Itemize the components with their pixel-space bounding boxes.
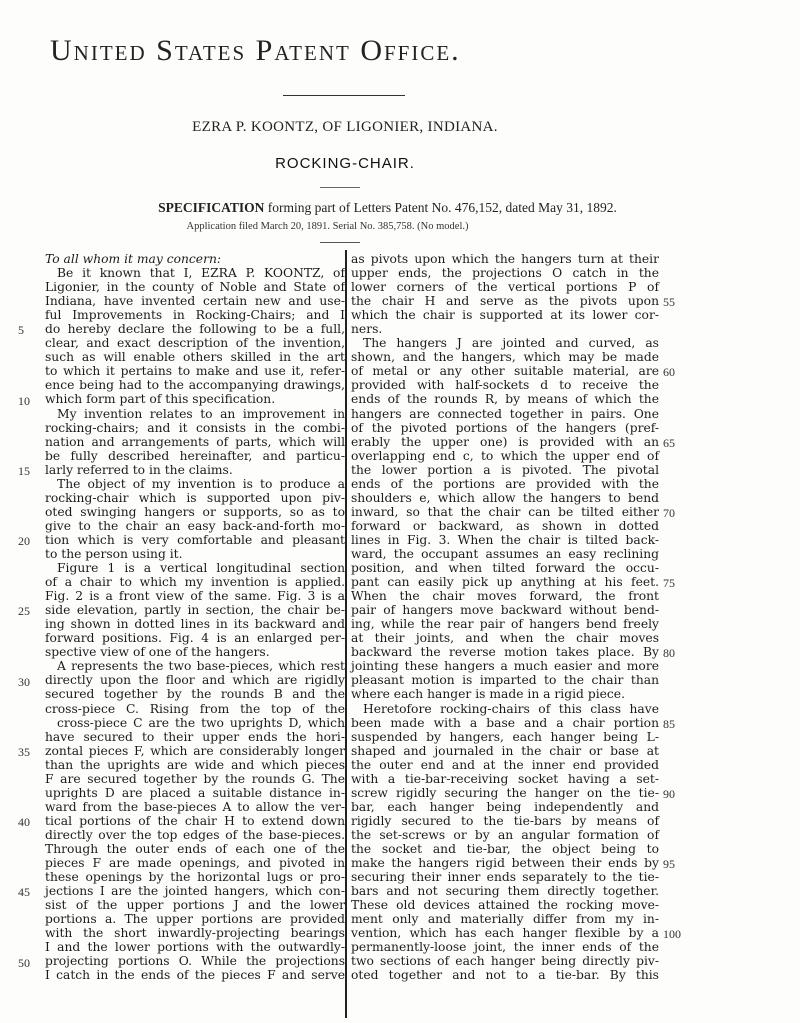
text-line: F are secured together by the rounds G. … [45,772,345,786]
line-number: 70 [663,506,675,521]
line-number: 50 [18,956,30,971]
text-line: These old devices attained the rocking m… [351,898,659,912]
text-line: directly over the top edges of the base-… [45,828,345,842]
text-line: bar, each hanger being independently and [351,800,659,814]
text-line: When the chair moves forward, the front [351,589,659,603]
text-line: do hereby declare the following to be a … [45,322,345,336]
text-line: make the hangers rigid between their end… [351,856,659,870]
text-line: oted swinging hangers or supports, so as… [45,505,345,519]
line-number: 55 [663,295,675,310]
text-line: directly upon the floor and which are ri… [45,673,345,687]
text-line: rocking-chairs; and it consists in the c… [45,421,345,435]
text-line: uprights D are placed a suitable distanc… [45,786,345,800]
text-line: with a tie-bar-receiving socket having a… [351,772,659,786]
text-line: shoulders e, which allow the hangers to … [351,491,659,505]
line-number: 80 [663,646,675,661]
text-line: larly referred to in the claims. [45,463,345,477]
line-number: 5 [18,323,24,338]
text-line: pleasant motion is imparted to the chair… [351,673,659,687]
right-column: as pivots upon which the hangers turn at… [351,252,659,982]
text-line: Indiana, have invented certain new and u… [45,294,345,308]
text-line: lines in Fig. 3. When the chair is tilte… [351,533,659,547]
text-line: I catch in the ends of the pieces F and … [45,968,345,982]
text-line: the socket and tie-bar, the object being… [351,842,659,856]
line-number: 25 [18,604,30,619]
line-number: 95 [663,857,675,872]
text-line: Fig. 2 is a front view of the same. Fig.… [45,589,345,603]
text-line: been made with a base and a chair portio… [351,716,659,730]
line-number: 35 [18,745,30,760]
text-line: the outer end and at the inner end provi… [351,758,659,772]
text-line: The object of my invention is to produce… [45,477,345,491]
text-line: A represents the two base-pieces, which … [45,659,345,673]
text-line: ment only and materially differ from my … [351,912,659,926]
text-line: ward, the occupant assumes an easy recli… [351,547,659,561]
text-line: Through the outer ends of each one of th… [45,842,345,856]
text-line: forward positions. Fig. 4 is an enlarged… [45,631,345,645]
text-line: zontal pieces F, which are considerably … [45,744,345,758]
text-line: permanently-loose joint, the inner ends … [351,940,659,954]
text-line: with the short inwardly-projecting beari… [45,926,345,940]
text-line: of metal or any other suitable material,… [351,364,659,378]
line-number: 15 [18,464,30,479]
text-line: shaped and journaled in the chair or bas… [351,744,659,758]
line-number: 60 [663,365,675,380]
text-line: ence being had to the accompanying drawi… [45,378,345,392]
text-line: erably the upper one) is provided with a… [351,435,659,449]
text-line: hangers are connected together in pairs.… [351,407,659,421]
text-line: upper ends, the projections O catch in t… [351,266,659,280]
text-line: rigidly secured to the tie-bars by means… [351,814,659,828]
specification-details: forming part of Letters Patent No. 476,1… [264,200,616,215]
line-number: 90 [663,787,675,802]
text-line: of the pivoted portions of the hangers (… [351,421,659,435]
invention-rule [320,187,360,188]
line-number: 100 [663,927,681,942]
line-number: 45 [18,885,30,900]
salutation: To all whom it may concern: [45,252,345,266]
text-line: cross-piece C are the two uprights D, wh… [45,716,345,730]
text-line: My invention relates to an improvement i… [45,407,345,421]
text-line: such as will enable others skilled in th… [45,350,345,364]
text-line: overlapping end c, to which the upper en… [351,449,659,463]
text-line: projecting portions O. While the project… [45,954,345,968]
text-line: as pivots upon which the hangers turn at… [351,252,659,266]
text-line: cross-piece C. Rising from the top of th… [45,702,345,716]
text-line: be fully described hereinafter, and part… [45,449,345,463]
line-number: 30 [18,675,30,690]
text-line: side elevation, partly in section, the c… [45,603,345,617]
text-line: clear, and exact description of the inve… [45,336,345,350]
text-line: of a chair to which my invention is appl… [45,575,345,589]
text-line: bars and not securing them directly toge… [351,884,659,898]
text-line: lower corners of the vertical portions P… [351,280,659,294]
text-line: securing their inner ends separately to … [351,870,659,884]
text-line: where each hanger is made in a rigid pie… [351,687,659,701]
text-line: ners. [351,322,659,336]
text-line: pieces F are made openings, and pivoted … [45,856,345,870]
line-number: 75 [663,576,675,591]
application-line: Application filed March 20, 1891. Serial… [0,221,655,232]
office-title: United States Patent Office. [50,34,610,68]
text-line: the chair H and serve as the pivots upon [351,294,659,308]
application-rule [320,242,360,243]
column-divider [345,250,347,1018]
text-line: at their joints, and when the chair move… [351,631,659,645]
text-line: screw rigidly securing the hanger on the… [351,786,659,800]
line-number: 65 [663,436,675,451]
office-title-text: United States Patent Office. [50,34,461,67]
text-line: nation and arrangements of parts, which … [45,435,345,449]
text-line: rocking-chair which is supported upon pi… [45,491,345,505]
text-line: provided with half-sockets d to receive … [351,378,659,392]
text-line: jections I are the jointed hangers, whic… [45,884,345,898]
text-line: the set-screws or by an angular formatio… [351,828,659,842]
text-line: these openings by the horizontal lugs or… [45,870,345,884]
text-line: sist of the upper portions J and the low… [45,898,345,912]
text-line: Ligonier, in the county of Noble and Sta… [45,280,345,294]
text-line: secured together by the rounds B and the [45,687,345,701]
text-line: inward, so that the chair can be tilted … [351,505,659,519]
text-line: pair of hangers move backward without be… [351,603,659,617]
line-number: 10 [18,394,30,409]
text-line: give to the chair an easy back-and-forth… [45,519,345,533]
text-line: two sections of each hanger being direct… [351,954,659,968]
invention-title: ROCKING-CHAIR. [0,155,690,172]
text-line: have secured to their upper ends the hor… [45,730,345,744]
specification-label: SPECIFICATION [158,200,264,215]
inventor-line: EZRA P. KOONTZ, OF LIGONIER, INDIANA. [0,119,690,136]
text-line: than the uprights are wide and which pie… [45,758,345,772]
text-line: vention, which has each hanger flexible … [351,926,659,940]
text-line: pant can easily pick up anything at his … [351,575,659,589]
specification-line: SPECIFICATION forming part of Letters Pa… [0,200,775,216]
text-line: forward or backward, as shown in dotted [351,519,659,533]
text-line: jointing these hangers a much easier and… [351,659,659,673]
text-line: I and the lower portions with the outwar… [45,940,345,954]
text-line: ing, while the rear pair of hangers bend… [351,617,659,631]
text-line: tion which is very comfortable and pleas… [45,533,345,547]
line-number: 85 [663,717,675,732]
text-line: position, and when tilted forward the oc… [351,561,659,575]
text-line: The hangers J are jointed and curved, as [351,336,659,350]
text-line: Heretofore rocking-chairs of this class … [351,702,659,716]
text-line: oted together and not to a tie-bar. By t… [351,968,659,982]
text-line: Figure 1 is a vertical longitudinal sect… [45,561,345,575]
text-line: spective view of one of the hangers. [45,645,345,659]
title-rule [283,95,405,96]
text-line: ends of the rounds R, by means of which … [351,392,659,406]
text-line: the lower portion a is pivoted. The pivo… [351,463,659,477]
text-line: ends of the portions are provided with t… [351,477,659,491]
line-number: 20 [18,534,30,549]
text-line: suspended by hangers, each hanger being … [351,730,659,744]
text-line: which form part of this specification. [45,392,345,406]
line-number: 40 [18,815,30,830]
left-column: To all whom it may concern: Be it known … [45,252,345,982]
text-line: backward the reverse motion takes place.… [351,645,659,659]
text-line: shown, and the hangers, which may be mad… [351,350,659,364]
text-line: to the person using it. [45,547,345,561]
text-line: which the chair is supported at its lowe… [351,308,659,322]
text-line: portions a. The upper portions are provi… [45,912,345,926]
text-line: ful Improvements in Rocking-Chairs; and … [45,308,345,322]
text-line: ward from the base-pieces A to allow the… [45,800,345,814]
text-line: ing shown in dotted lines in its backwar… [45,617,345,631]
text-line: tical portions of the chair H to extend … [45,814,345,828]
text-line: to which it pertains to make and use it,… [45,364,345,378]
text-line: Be it known that I, EZRA P. KOONTZ, of [45,266,345,280]
